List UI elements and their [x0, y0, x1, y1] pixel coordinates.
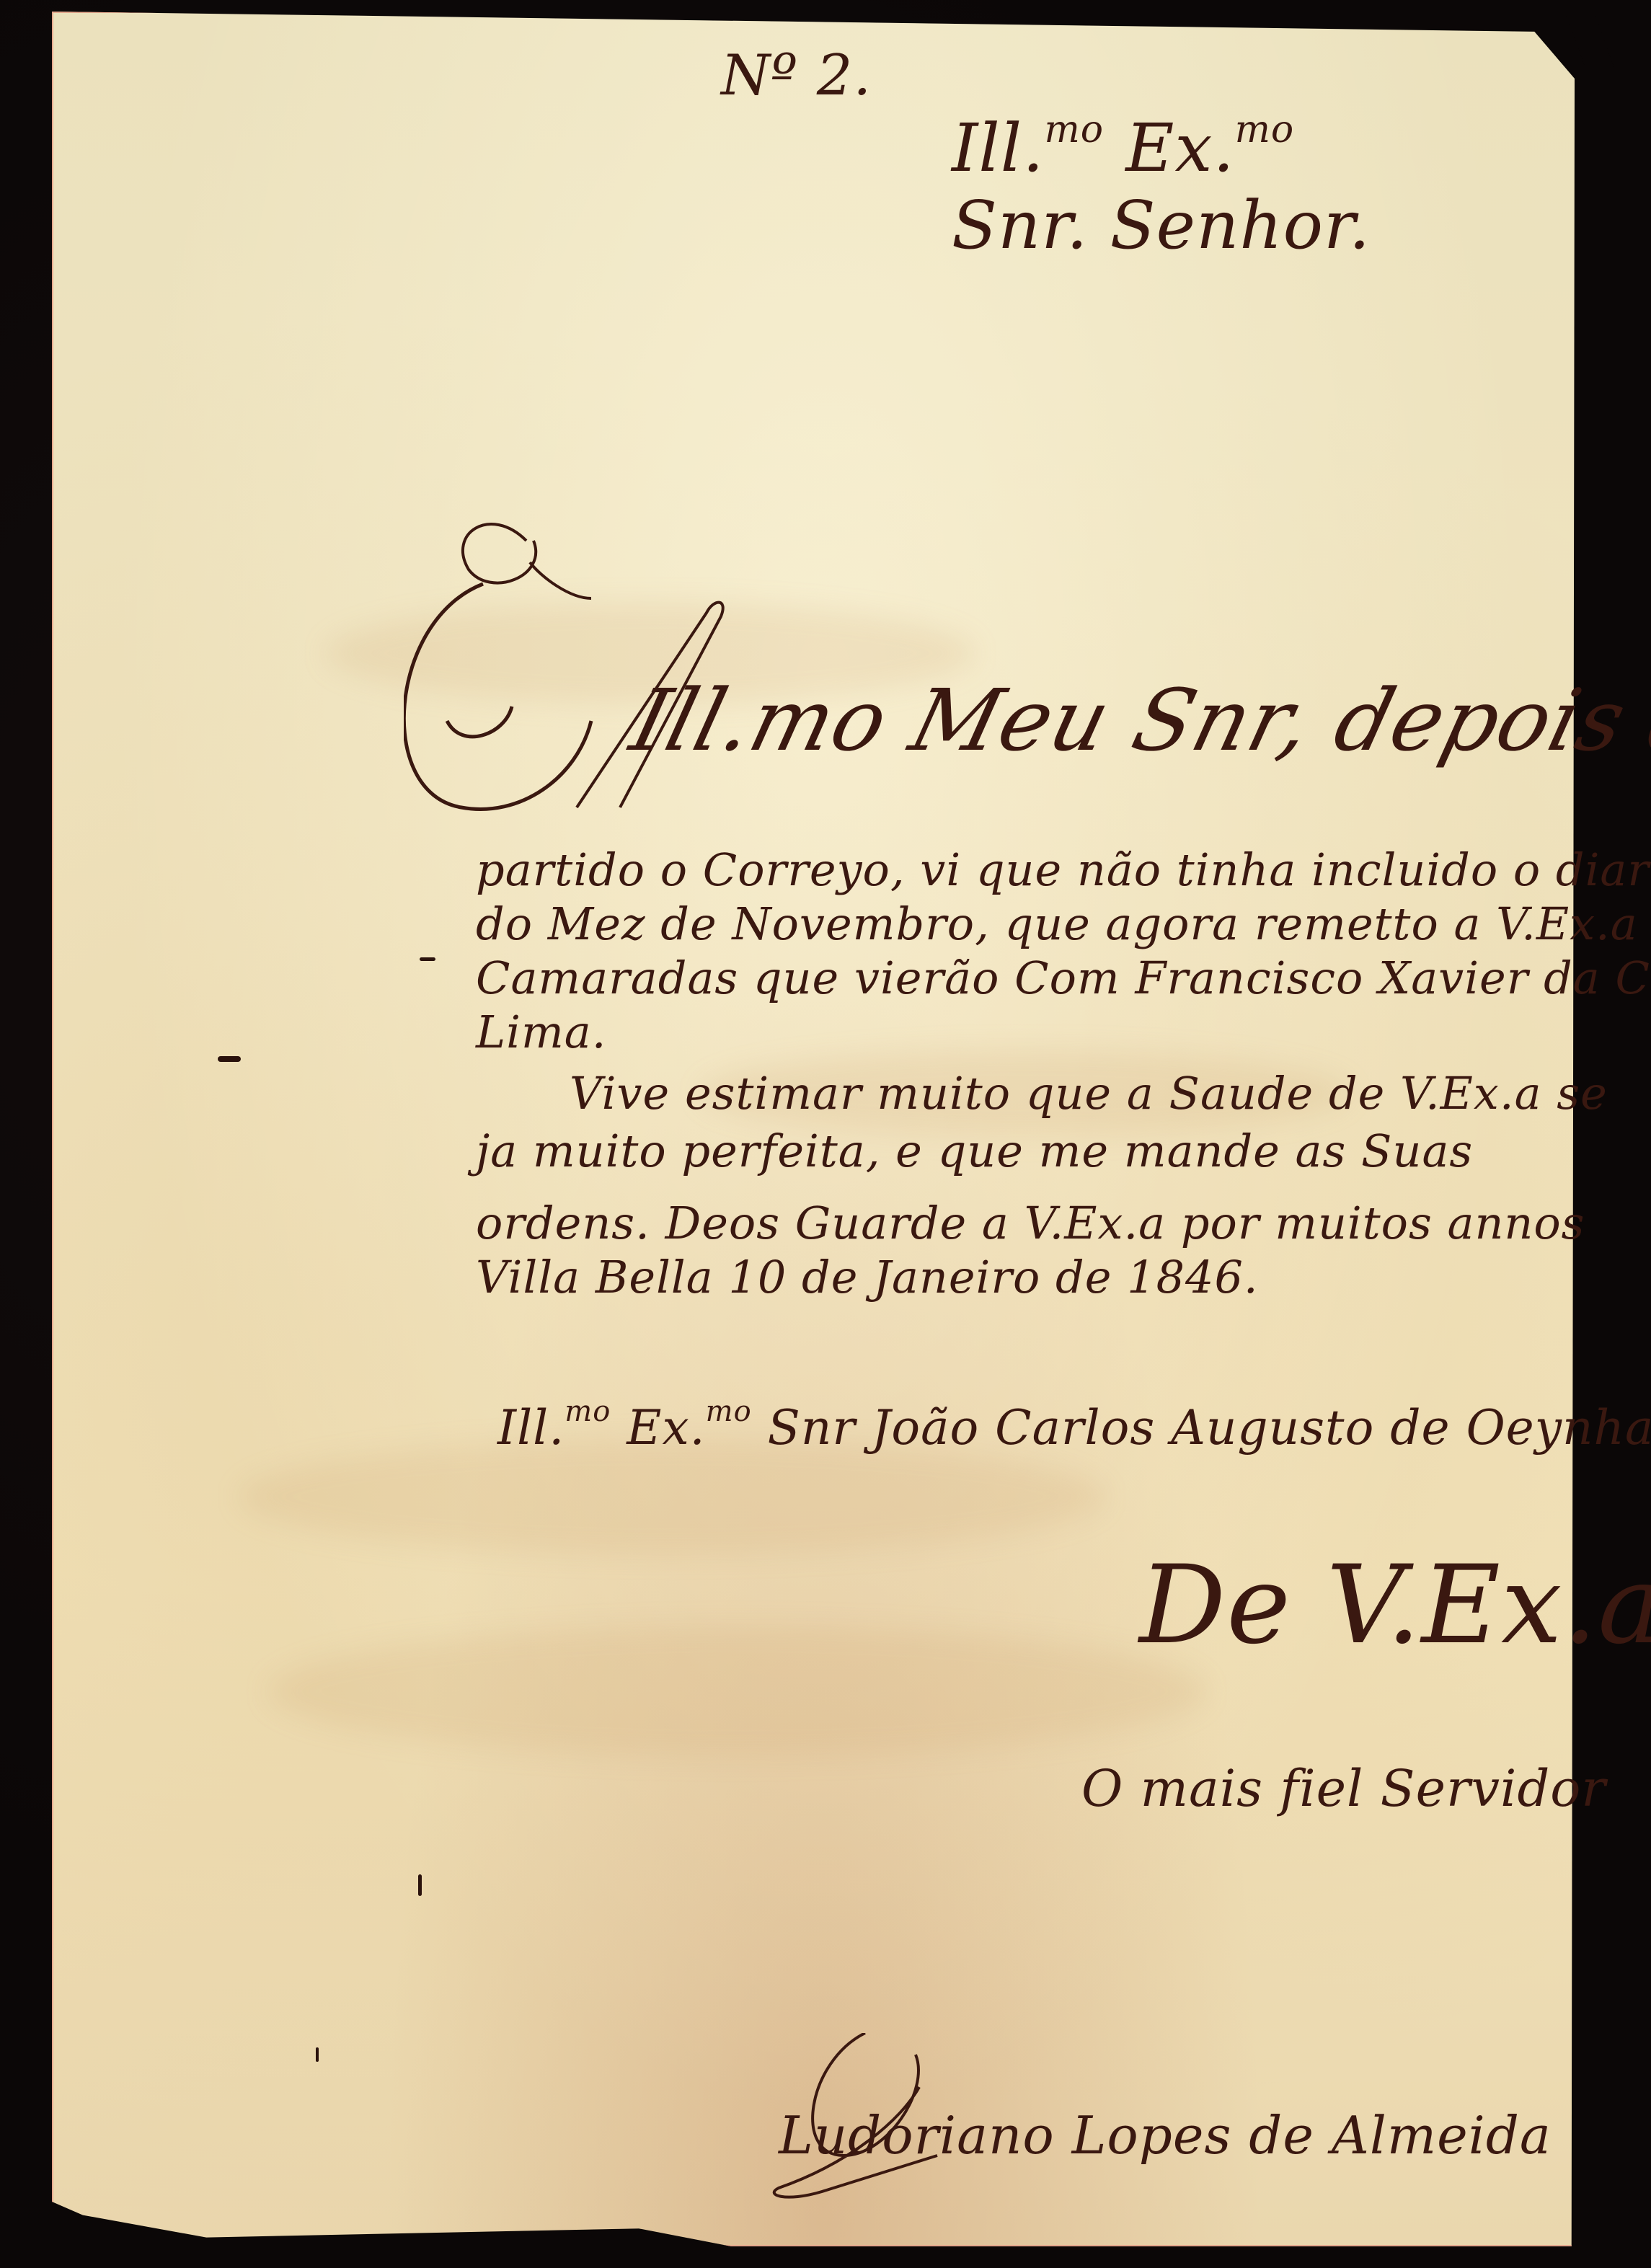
salutation-line2: Snr. Senhor.	[952, 187, 1371, 264]
greeting-line: Ill.mo Meu Snr, depois de ter	[622, 670, 1651, 770]
ink-blot	[218, 1056, 241, 1062]
body-line: Camaradas que vierão Com Francisco Xavie…	[476, 952, 1651, 1004]
paper-stain	[268, 1626, 1205, 1756]
address-prefix: Ill.	[497, 1400, 565, 1456]
closing-de-vex: De V.Ex.a	[1139, 1543, 1651, 1668]
address-mid: Ex.	[611, 1400, 705, 1456]
addressee-line: Ill.mo Ex.mo Snr João Carlos Augusto de …	[497, 1395, 1651, 1456]
salutation-sup: mo	[1235, 108, 1295, 151]
ornamental-flourish-icon	[404, 490, 908, 836]
address-sup: mo	[565, 1395, 611, 1428]
address-sup: mo	[706, 1395, 752, 1428]
ink-blot	[420, 957, 435, 961]
date-line: Villa Bella 10 de Janeiro de 1846.	[476, 1251, 1259, 1303]
body-line: partido o Correyo, vi que não tinha incl…	[476, 843, 1651, 896]
body-line: Lima.	[476, 1006, 606, 1058]
salutation-prefix: Ill.	[952, 110, 1044, 187]
body-line: do Mez de Novembro, que agora remetto a …	[476, 898, 1651, 950]
ink-mark	[316, 2047, 319, 2062]
salutation-mid: Ex.	[1104, 110, 1235, 187]
body-line: ja muito perfeita, e que me mande as Sua…	[476, 1125, 1473, 1177]
header-salutation: Ill.mo Ex.mo Snr. Senhor.	[952, 108, 1371, 264]
addressee-name: Snr João Carlos Augusto de Oeynhausen.	[752, 1400, 1651, 1456]
closing-servant: O mais fiel Servidor	[1081, 1759, 1606, 1818]
body-line: Vive estimar muito que a Saude de V.Ex.a…	[570, 1067, 1608, 1120]
paper-stain	[239, 1439, 1105, 1554]
letter-number: Nº 2.	[721, 43, 872, 108]
salutation-sup: mo	[1044, 108, 1104, 151]
body-line: ordens. Deos Guarde a V.Ex.a por muitos …	[476, 1197, 1585, 1249]
ink-mark	[418, 1874, 422, 1896]
signature: Ludoriano Lopes de Almeida	[779, 2105, 1552, 2166]
